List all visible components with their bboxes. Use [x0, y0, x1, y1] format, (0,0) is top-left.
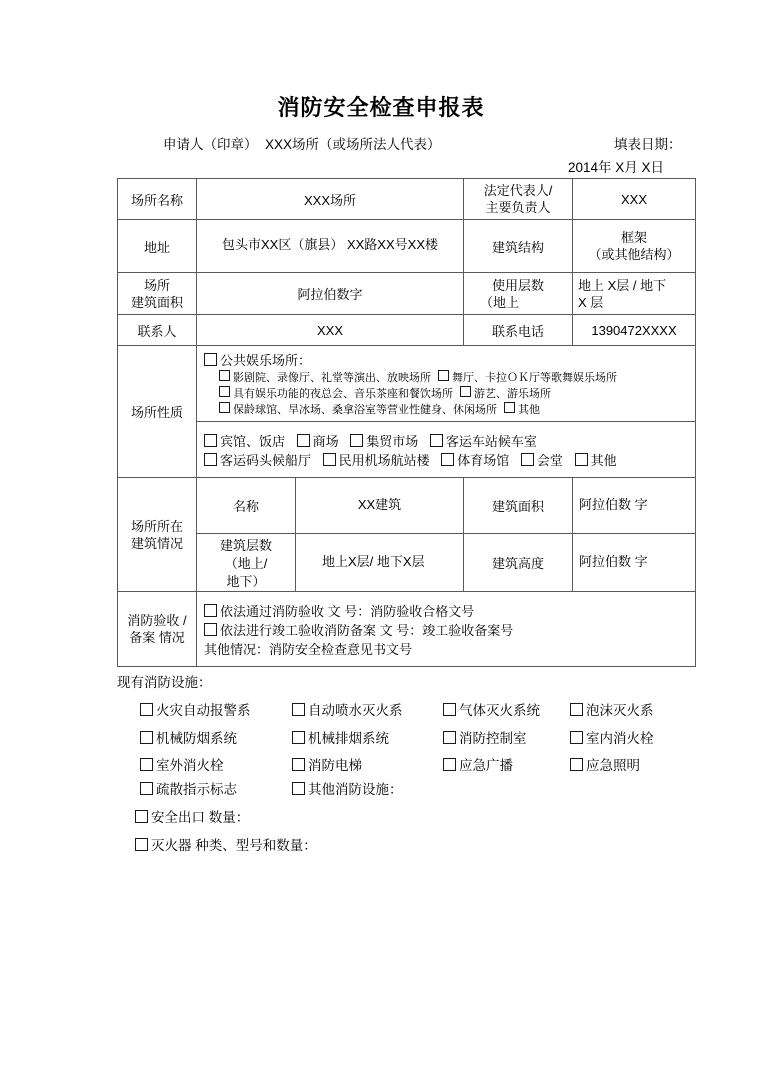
facility-item[interactable]: 机械排烟系统 — [292, 727, 389, 747]
facility-label: 机械排烟系统 — [308, 731, 389, 746]
area-label-line1: 场所 — [118, 277, 196, 294]
checkbox-icon[interactable] — [219, 386, 230, 397]
floors-used-value: 地上 X层 / 地下 X 层 — [573, 273, 696, 315]
nature-public-cell: 宾馆、饭店 商场 集贸市场 客运车站候车室 客运码头候船厅 民用机场航站楼 体育… — [197, 422, 696, 478]
checkbox-icon[interactable] — [140, 782, 153, 795]
acceptance-label: 消防验收 / 备案 情况 — [118, 592, 197, 667]
area-label-line2: 建筑面积 — [118, 294, 196, 311]
acceptance-line1-label: 依法通过消防验收 文 号：消防验收合格文号 — [220, 604, 474, 619]
fire-safety-declaration-form: 消防安全检查申报表 申请人（印章） XXX场所（或场所法人代表） 填表日期： 2… — [0, 0, 762, 1080]
legal-rep-value: XXX — [573, 179, 696, 220]
building-label-line2: 建筑情况 — [118, 535, 196, 552]
facilities-section: 现有消防设施： 火灾自动报警系 自动喷水灭火系 气体灭火系统 泡沫灭火系 机械防… — [117, 668, 717, 868]
acceptance-line2-label: 依法进行竣工验收消防备案 文 号：竣工验收备案号 — [220, 623, 513, 638]
facility-item[interactable]: 自动喷水灭火系 — [292, 699, 403, 719]
nature-public-line1: 宾馆、饭店 商场 集贸市场 客运车站候车室 — [204, 431, 691, 450]
building-floors-text: 地上X层/ 地下X层 — [322, 551, 425, 570]
acceptance-label-line2: 备案 情况 — [118, 629, 196, 646]
area-value: 阿拉伯数字 — [197, 273, 464, 315]
facility-item[interactable]: 室内消火栓 — [570, 727, 654, 747]
row-area: 场所 建筑面积 阿拉伯数字 使用层数 （地上 地上 X层 / 地下 X 层 — [118, 273, 696, 315]
row-nature-entertainment: 场所性质 公共娱乐场所： 影剧院、录像厅、礼堂等演出、放映场所舞厅、卡拉ＯＫ厅等… — [118, 346, 696, 422]
building-name-value: XX建筑 — [296, 478, 464, 534]
checkbox-icon[interactable] — [219, 402, 230, 413]
facility-item[interactable]: 消防电梯 — [292, 754, 362, 774]
phone-label: 联系电话 — [464, 315, 573, 346]
checkbox-icon[interactable] — [323, 453, 336, 466]
checkbox-icon[interactable] — [438, 370, 449, 381]
floors-used-value-line2: X 层 — [578, 294, 695, 311]
contact-label: 联系人 — [118, 315, 197, 346]
building-label: 场所所在 建筑情况 — [118, 478, 197, 592]
facility-item[interactable]: 疏散指示标志 — [140, 778, 237, 798]
building-height-value: 阿拉伯数 字 — [573, 534, 696, 592]
checkbox-icon[interactable] — [204, 434, 217, 447]
building-floors-label-line1: 建筑层数 — [220, 537, 272, 555]
nature-subline: 保龄球馆、旱冰场、桑拿浴室等营业性健身、休闲场所其他 — [204, 401, 691, 417]
nature-option-label: 保龄球馆、旱冰场、桑拿浴室等营业性健身、休闲场所 — [233, 404, 497, 416]
checkbox-icon[interactable] — [460, 386, 471, 397]
fill-date-value: 2014年 X月 X日 — [568, 156, 664, 176]
nature-option-label: 客运码头候船厅 — [220, 453, 311, 468]
building-name-text: XX建筑 — [358, 494, 401, 513]
checkbox-icon[interactable] — [292, 782, 305, 795]
checkbox-icon[interactable] — [292, 758, 305, 771]
floors-used-label: 使用层数 （地上 — [464, 273, 573, 315]
address-text: 包头市XX区（旗县） XX路XX号XX楼 — [222, 234, 438, 253]
facility-item[interactable]: 其他消防设施： — [292, 778, 403, 798]
building-floors-label: 建筑层数 （地上/ 地下） — [197, 534, 296, 592]
checkbox-icon[interactable] — [292, 703, 305, 716]
checkbox-icon[interactable] — [443, 703, 456, 716]
nature-option-label: 客运车站候车室 — [446, 434, 537, 449]
nature-option-label: 民用机场航站楼 — [339, 453, 430, 468]
facility-label: 室外消火栓 — [156, 758, 224, 773]
form-title: 消防安全检查申报表 — [0, 91, 762, 122]
acceptance-line3-label: 其他情况：消防安全检查意见书文号 — [204, 642, 412, 657]
checkbox-icon[interactable] — [570, 758, 583, 771]
floors-used-value-line1: 地上 X层 / 地下 — [578, 277, 695, 294]
nature-option-label: 会堂 — [537, 453, 563, 468]
row-building-name: 场所所在 建筑情况 名称 XX建筑 建筑面积 阿拉伯数 字 — [118, 478, 696, 534]
legal-rep-label-line1: 法定代表人/ — [464, 182, 572, 199]
nature-subline: 具有娱乐功能的夜总会、音乐茶座和餐饮场所游艺、游乐场所 — [204, 385, 691, 401]
checkbox-icon[interactable] — [350, 434, 363, 447]
facility-item-exit[interactable]: 安全出口 数量： — [135, 806, 249, 826]
facility-label: 火灾自动报警系 — [156, 703, 251, 718]
acceptance-line3: 其他情况：消防安全检查意见书文号 — [204, 639, 691, 658]
facility-item[interactable]: 火灾自动报警系 — [140, 699, 251, 719]
nature-option-label: 宾馆、饭店 — [220, 434, 285, 449]
building-area-value: 阿拉伯数 字 — [573, 478, 696, 534]
checkbox-icon[interactable] — [140, 703, 153, 716]
legal-rep-label: 法定代表人/ 主要负责人 — [464, 179, 573, 220]
structure-value-line2: （或其他结构） — [573, 246, 695, 263]
checkbox-icon[interactable] — [219, 370, 230, 381]
structure-value: 框架 （或其他结构） — [573, 220, 696, 273]
building-area-text: 阿拉伯数 字 — [579, 494, 648, 513]
facility-label: 泡沫灭火系 — [586, 703, 654, 718]
row-address: 地址 包头市XX区（旗县） XX路XX号XX楼 建筑结构 框架 （或其他结构） — [118, 220, 696, 273]
facility-item[interactable]: 应急广播 — [443, 754, 513, 774]
checkbox-icon[interactable] — [521, 453, 534, 466]
facility-label: 其他消防设施： — [308, 782, 403, 797]
structure-label: 建筑结构 — [464, 220, 573, 273]
facility-label: 应急广播 — [459, 758, 513, 773]
row-place-name: 场所名称 XXX场所 法定代表人/ 主要负责人 XXX — [118, 179, 696, 220]
row-building-floors: 建筑层数 （地上/ 地下） 地上X层/ 地下X层 建筑高度 阿拉伯数 字 — [118, 534, 696, 592]
facility-item[interactable]: 应急照明 — [570, 754, 640, 774]
facility-item[interactable]: 室外消火栓 — [140, 754, 224, 774]
checkbox-icon[interactable] — [204, 453, 217, 466]
applicant-line: 申请人（印章） XXX场所（或场所法人代表） — [163, 133, 441, 153]
nature-label: 场所性质 — [118, 346, 197, 478]
nature-option-label: 具有娱乐功能的夜总会、音乐茶座和餐饮场所 — [233, 388, 453, 400]
checkbox-icon[interactable] — [441, 453, 454, 466]
form-table: 场所名称 XXX场所 法定代表人/ 主要负责人 XXX 地址 包头市XX区（旗县… — [117, 178, 696, 667]
place-name-value: XXX场所 — [197, 179, 464, 220]
building-floors-value: 地上X层/ 地下X层 — [296, 534, 464, 592]
checkbox-icon[interactable] — [443, 758, 456, 771]
nature-option-label: 其他 — [518, 404, 540, 416]
floors-used-label-line1: 使用层数 — [464, 277, 572, 294]
checkbox-icon[interactable] — [204, 353, 217, 366]
row-nature-public: 宾馆、饭店 商场 集贸市场 客运车站候车室 客运码头候船厅 民用机场航站楼 体育… — [118, 422, 696, 478]
place-name-label: 场所名称 — [118, 179, 197, 220]
checkbox-icon[interactable] — [135, 838, 148, 851]
entertainment-header-item: 公共娱乐场所： — [204, 350, 691, 369]
floors-used-label-line2: （地上 — [464, 294, 572, 311]
phone-value: 1390472XXXX — [573, 315, 696, 346]
checkbox-icon[interactable] — [204, 604, 217, 617]
building-name-label: 名称 — [197, 478, 296, 534]
building-floors-label-line3: 地下） — [226, 573, 265, 591]
facility-label: 灭火器 种类、型号和数量： — [151, 838, 317, 853]
row-contact: 联系人 XXX 联系电话 1390472XXXX — [118, 315, 696, 346]
nature-public-line2: 客运码头候船厅 民用机场航站楼 体育场馆 会堂 其他 — [204, 450, 691, 469]
nature-option-label: 集贸市场 — [366, 434, 418, 449]
checkbox-icon[interactable] — [140, 758, 153, 771]
checkbox-icon[interactable] — [140, 731, 153, 744]
building-height-text: 阿拉伯数 字 — [579, 551, 648, 570]
nature-option-label: 体育场馆 — [457, 453, 509, 468]
facility-label: 安全出口 数量： — [151, 810, 249, 825]
building-area-label: 建筑面积 — [464, 478, 573, 534]
legal-rep-label-line2: 主要负责人 — [464, 199, 572, 216]
facility-label: 自动喷水灭火系 — [308, 703, 403, 718]
building-label-line1: 场所所在 — [118, 518, 196, 535]
structure-value-line1: 框架 — [573, 229, 695, 246]
checkbox-icon[interactable] — [135, 810, 148, 823]
area-label: 场所 建筑面积 — [118, 273, 197, 315]
acceptance-label-line1: 消防验收 / — [118, 612, 196, 629]
checkbox-icon[interactable] — [570, 703, 583, 716]
nature-option-label: 商场 — [313, 434, 339, 449]
checkbox-icon[interactable] — [504, 402, 515, 413]
nature-entertainment-cell: 公共娱乐场所： 影剧院、录像厅、礼堂等演出、放映场所舞厅、卡拉ＯＫ厅等歌舞娱乐场… — [197, 346, 696, 422]
facility-item-extinguisher[interactable]: 灭火器 种类、型号和数量： — [135, 834, 317, 854]
facility-label: 消防控制室 — [459, 731, 527, 746]
acceptance-line2: 依法进行竣工验收消防备案 文 号：竣工验收备案号 — [204, 620, 691, 639]
facility-label: 消防电梯 — [308, 758, 362, 773]
facility-item[interactable]: 机械防烟系统 — [140, 727, 237, 747]
nature-option-label: 其他 — [591, 453, 617, 468]
facility-label: 疏散指示标志 — [156, 782, 237, 797]
facility-label: 室内消火栓 — [586, 731, 654, 746]
checkbox-icon[interactable] — [292, 731, 305, 744]
facility-item[interactable]: 气体灭火系统 — [443, 699, 540, 719]
facility-label: 应急照明 — [586, 758, 640, 773]
nature-option-label: 舞厅、卡拉ＯＫ厅等歌舞娱乐场所 — [452, 372, 617, 384]
nature-subline: 影剧院、录像厅、礼堂等演出、放映场所舞厅、卡拉ＯＫ厅等歌舞娱乐场所 — [204, 369, 691, 385]
checkbox-icon[interactable] — [430, 434, 443, 447]
building-height-label: 建筑高度 — [464, 534, 573, 592]
nature-option-label: 影剧院、录像厅、礼堂等演出、放映场所 — [233, 372, 431, 384]
facility-label: 机械防烟系统 — [156, 731, 237, 746]
facility-item[interactable]: 消防控制室 — [443, 727, 527, 747]
address-label: 地址 — [118, 220, 197, 273]
acceptance-line1: 依法通过消防验收 文 号：消防验收合格文号 — [204, 601, 691, 620]
facilities-heading: 现有消防设施： — [117, 671, 212, 691]
checkbox-icon[interactable] — [204, 623, 217, 636]
contact-value: XXX — [197, 315, 464, 346]
row-acceptance: 消防验收 / 备案 情况 依法通过消防验收 文 号：消防验收合格文号 依法进行竣… — [118, 592, 696, 667]
checkbox-icon[interactable] — [297, 434, 310, 447]
entertainment-header-label: 公共娱乐场所： — [220, 353, 311, 368]
nature-option-label: 游艺、游乐场所 — [474, 388, 551, 400]
facility-item[interactable]: 泡沫灭火系 — [570, 699, 654, 719]
checkbox-icon[interactable] — [570, 731, 583, 744]
checkbox-icon[interactable] — [575, 453, 588, 466]
facility-label: 气体灭火系统 — [459, 703, 540, 718]
acceptance-cell: 依法通过消防验收 文 号：消防验收合格文号 依法进行竣工验收消防备案 文 号：竣… — [197, 592, 696, 667]
checkbox-icon[interactable] — [443, 731, 456, 744]
building-floors-label-line2: （地上/ — [225, 555, 268, 573]
fill-date-label: 填表日期： — [614, 133, 682, 153]
address-value: 包头市XX区（旗县） XX路XX号XX楼 — [197, 220, 464, 273]
